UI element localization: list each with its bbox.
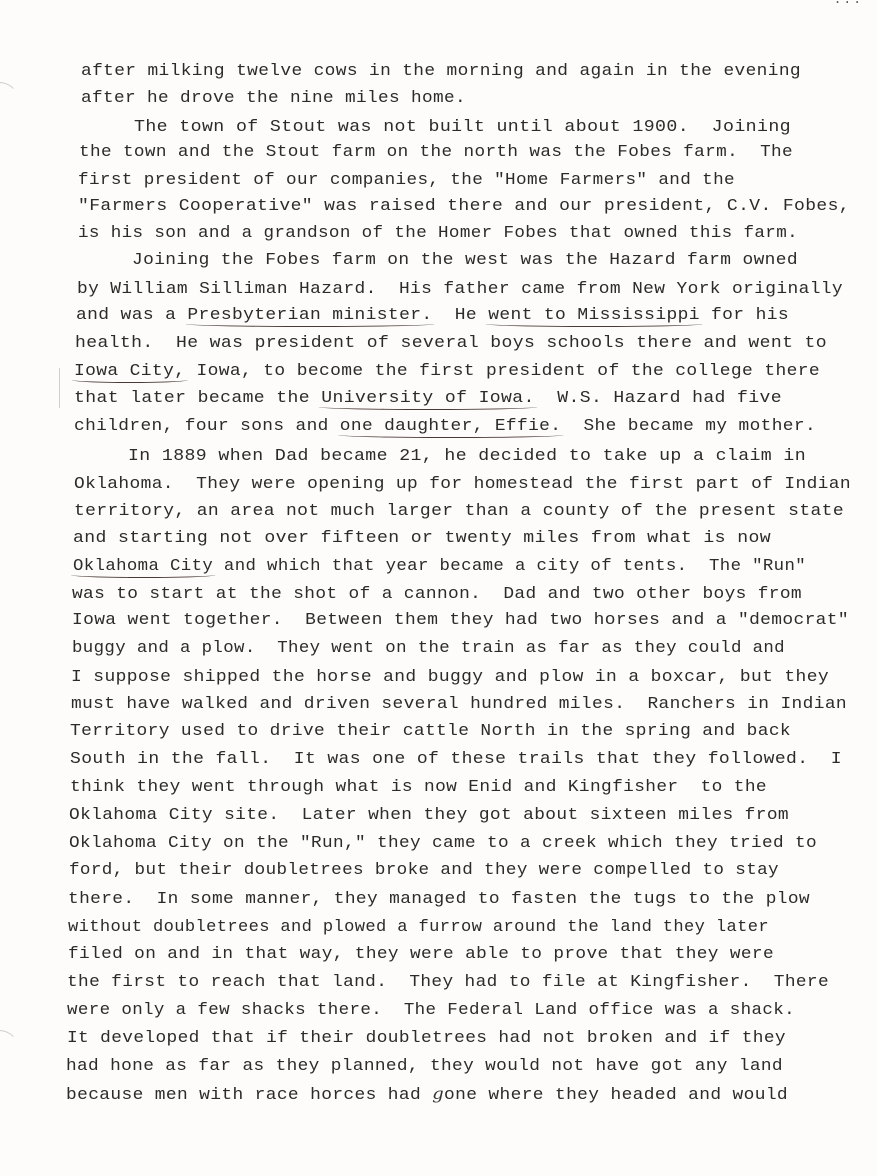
text-segment: Iowa, to become the first president of t… xyxy=(185,362,820,380)
text-segment: think they went through what is now Enid… xyxy=(70,778,767,796)
text-line: without doubletrees and plowed a furrow … xyxy=(68,917,769,937)
text-line: South in the fall. It was one of these t… xyxy=(70,749,842,769)
text-segment: South in the fall. It was one of these t… xyxy=(70,750,842,768)
text-segment: Territory used to drive their cattle Nor… xyxy=(70,722,791,740)
text-segment: It developed that if their doubletrees h… xyxy=(67,1029,786,1047)
handwritten-underline-text: Iowa City, xyxy=(74,362,185,380)
text-line: Territory used to drive their cattle Nor… xyxy=(70,721,791,741)
text-line: the first to reach that land. They had t… xyxy=(67,972,829,992)
text-line: were only a few shacks there. The Federa… xyxy=(67,1000,795,1020)
text-line: children, four sons and one daughter, Ef… xyxy=(74,416,816,436)
text-segment: W.S. Hazard had five xyxy=(535,389,782,407)
text-segment: "Farmers Cooperative" was raised there a… xyxy=(78,197,850,215)
text-line: because men with race horces had gone wh… xyxy=(66,1084,788,1105)
text-segment: without doubletrees and plowed a furrow … xyxy=(68,918,769,936)
text-line: buggy and a plow. They went on the train… xyxy=(72,638,785,658)
text-segment: one where they headed and would xyxy=(444,1086,788,1104)
text-segment: because men with race horces had xyxy=(66,1086,432,1104)
text-segment: must have walked and driven several hund… xyxy=(71,695,847,713)
text-line: that later became the University of Iowa… xyxy=(74,388,782,408)
text-segment: after milking twelve cows in the morning… xyxy=(81,62,801,80)
text-segment: Iowa went together. Between them they ha… xyxy=(72,611,849,629)
text-segment: first president of our companies, the "H… xyxy=(78,171,735,189)
text-segment: health. He was president of several boys… xyxy=(75,334,827,352)
text-segment: Oklahoma City on the "Run," they came to… xyxy=(69,834,817,852)
text-line: I suppose shipped the horse and buggy an… xyxy=(71,667,829,687)
text-line: Oklahoma City on the "Run," they came to… xyxy=(69,833,817,853)
text-segment: filed on and in that way, they were able… xyxy=(68,945,774,963)
hole-punch-mark xyxy=(0,1030,20,1072)
text-line: by William Silliman Hazard. His father c… xyxy=(77,279,843,299)
text-segment: He xyxy=(433,306,489,324)
text-line: is his son and a grandson of the Homer F… xyxy=(78,223,798,243)
text-line: first president of our companies, the "H… xyxy=(78,170,735,190)
text-segment: territory, an area not much larger than … xyxy=(74,502,844,520)
text-line: Oklahoma City site. Later when they got … xyxy=(69,805,789,825)
text-line: and starting not over fifteen or twenty … xyxy=(73,528,771,548)
text-line: "Farmers Cooperative" was raised there a… xyxy=(78,196,850,216)
text-segment: were only a few shacks there. The Federa… xyxy=(67,1001,795,1019)
text-line: ford, but their doubletrees broke and th… xyxy=(69,860,779,880)
text-segment: Oklahoma City site. Later when they got … xyxy=(69,806,789,824)
page-number: ... xyxy=(834,0,863,7)
text-line: after milking twelve cows in the morning… xyxy=(81,61,801,81)
text-line: had hone as far as they planned, they wo… xyxy=(66,1056,783,1076)
text-line: think they went through what is now Enid… xyxy=(70,777,767,797)
text-segment: In 1889 when Dad became 21, he decided t… xyxy=(128,447,806,465)
text-line: Joining the Fobes farm on the west was t… xyxy=(132,250,798,270)
handwritten-underline-text: went to Mississippi xyxy=(488,306,700,324)
text-segment: for his xyxy=(700,306,789,324)
text-segment: She became my mother. xyxy=(561,417,816,435)
text-segment: children, four sons and xyxy=(74,417,340,435)
handwritten-underline-text: University of Iowa. xyxy=(321,389,535,407)
margin-mark xyxy=(59,368,60,408)
text-segment: is his son and a grandson of the Homer F… xyxy=(78,224,798,242)
text-segment: by William Silliman Hazard. His father c… xyxy=(77,280,843,298)
text-line: the town and the Stout farm on the north… xyxy=(79,142,793,162)
text-segment: ford, but their doubletrees broke and th… xyxy=(69,861,779,879)
text-line: health. He was president of several boys… xyxy=(75,333,827,353)
text-segment: was to start at the shot of a cannon. Da… xyxy=(72,585,802,603)
text-line: Iowa City, Iowa, to become the first pre… xyxy=(74,361,820,381)
text-line: Oklahoma City and which that year became… xyxy=(73,556,806,576)
text-segment: that later became the xyxy=(74,389,321,407)
text-segment: buggy and a plow. They went on the train… xyxy=(72,639,785,657)
text-line: there. In some manner, they managed to f… xyxy=(68,889,810,909)
text-line: Iowa went together. Between them they ha… xyxy=(72,610,849,630)
text-line: and was a Presbyterian minister. He went… xyxy=(76,305,789,325)
handwritten-underline-text: one daughter, Effie. xyxy=(340,417,562,435)
handwritten-underline-text: Presbyterian minister. xyxy=(187,306,432,324)
text-line: after he drove the nine miles home. xyxy=(81,88,466,108)
text-segment: after he drove the nine miles home. xyxy=(81,89,466,107)
text-segment: Oklahoma. They were opening up for homes… xyxy=(74,475,851,493)
text-line: filed on and in that way, they were able… xyxy=(68,944,774,964)
text-segment: and was a xyxy=(76,306,187,324)
text-line: was to start at the shot of a cannon. Da… xyxy=(72,584,802,604)
text-line: In 1889 when Dad became 21, he decided t… xyxy=(128,446,806,466)
text-line: Oklahoma. They were opening up for homes… xyxy=(74,474,851,494)
text-segment: had hone as far as they planned, they wo… xyxy=(66,1057,783,1075)
text-line: The town of Stout was not built until ab… xyxy=(134,117,791,137)
text-line: It developed that if their doubletrees h… xyxy=(67,1028,786,1048)
text-segment: Joining the Fobes farm on the west was t… xyxy=(132,251,798,269)
typewritten-page: ... after milking twelve cows in the mor… xyxy=(0,0,877,1176)
text-segment: The town of Stout was not built until ab… xyxy=(134,118,791,136)
handwritten-underline-text: Oklahoma City xyxy=(73,557,213,575)
handwritten-correction: g xyxy=(432,1084,444,1103)
text-segment: the first to reach that land. They had t… xyxy=(67,973,829,991)
text-line: must have walked and driven several hund… xyxy=(71,694,847,714)
text-segment: there. In some manner, they managed to f… xyxy=(68,890,810,908)
text-segment: the town and the Stout farm on the north… xyxy=(79,143,793,161)
text-segment: I suppose shipped the horse and buggy an… xyxy=(71,668,829,686)
text-segment: and which that year became a city of ten… xyxy=(213,557,806,575)
hole-punch-mark xyxy=(0,82,20,124)
text-segment: and starting not over fifteen or twenty … xyxy=(73,529,771,547)
text-line: territory, an area not much larger than … xyxy=(74,501,844,521)
